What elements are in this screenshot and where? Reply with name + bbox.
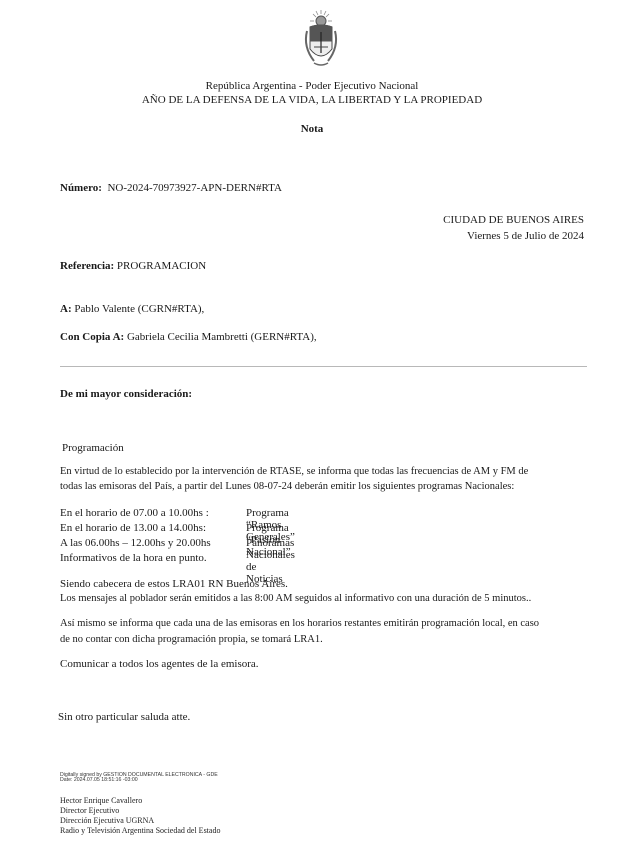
recipient-label: A: <box>60 303 72 315</box>
schedule-time: En el horario de 07.00 a 10.00hs : <box>60 507 209 519</box>
schedule-time: En el horario de 13.00 a 14.00hs: <box>60 522 206 534</box>
argentina-coat-of-arms-icon <box>300 5 342 75</box>
digital-signature-date: Date: 2024.07.05 18:51:16 -03:00 <box>60 777 138 783</box>
intro-line-2: todas las emisoras del País, a partir de… <box>60 481 514 492</box>
cabecera-line-1: Siendo cabecera de estos LRA01 RN Buenos… <box>60 578 288 590</box>
schedule-time: Informativos de la hora en punto. <box>60 552 207 564</box>
subject: Programación <box>62 442 124 454</box>
divider <box>60 366 587 367</box>
city: CIUDAD DE BUENOS AIRES <box>443 214 584 226</box>
schedule-row: Informativos de la hora en punto. <box>60 552 207 566</box>
closing: Sin otro particular saluda atte. <box>58 711 190 723</box>
signer-name: Hector Enrique Cavallero <box>60 796 142 806</box>
recipient-value: Pablo Valente (CGRN#RTA), <box>74 303 204 315</box>
schedule-time: A las 06.00hs – 12.00hs y 20.00hs <box>60 537 211 549</box>
copy-value: Gabriela Cecilia Mambretti (GERN#RTA), <box>127 331 317 343</box>
header-line-2: AÑO DE LA DEFENSA DE LA VIDA, LA LIBERTA… <box>0 94 624 106</box>
document-type-title: Nota <box>0 123 624 135</box>
local-programming-line-2: de no contar con dicha programación prop… <box>60 634 323 645</box>
salutation: De mi mayor consideración: <box>60 388 192 400</box>
signer-department: Dirección Ejecutiva UGRNA <box>60 816 154 826</box>
referencia-value: PROGRAMACION <box>117 260 206 272</box>
cabecera-line-2: Los mensajes al poblador serán emitidos … <box>60 593 531 604</box>
numero-label: Número: <box>60 182 102 194</box>
schedule-row: En el horario de 13.00 a 14.00hs: Progra… <box>60 522 206 536</box>
signer-title: Director Ejecutivo <box>60 806 119 816</box>
referencia-field: Referencia: PROGRAMACION <box>60 260 206 272</box>
schedule-row: A las 06.00hs – 12.00hs y 20.00hs Panora… <box>60 537 211 551</box>
local-programming-line-1: Así mismo se informa que cada una de las… <box>60 618 539 629</box>
comunicar-line: Comunicar a todos los agentes de la emis… <box>60 658 259 670</box>
schedule-row: En el horario de 07.00 a 10.00hs : Progr… <box>60 507 209 521</box>
copy-field: Con Copia A: Gabriela Cecilia Mambretti … <box>60 331 317 343</box>
recipient-field: A: Pablo Valente (CGRN#RTA), <box>60 303 204 315</box>
intro-line-1: En virtud de lo establecido por la inter… <box>60 466 528 477</box>
referencia-label: Referencia: <box>60 260 114 272</box>
numero-field: Número: NO-2024-70973927-APN-DERN#RTA <box>60 182 282 194</box>
signer-organization: Radio y Televisión Argentina Sociedad de… <box>60 826 220 836</box>
numero-value: NO-2024-70973927-APN-DERN#RTA <box>107 182 281 194</box>
header-line-1: República Argentina - Poder Ejecutivo Na… <box>0 80 624 92</box>
copy-label: Con Copia A: <box>60 331 124 343</box>
date: Viernes 5 de Julio de 2024 <box>467 230 584 242</box>
